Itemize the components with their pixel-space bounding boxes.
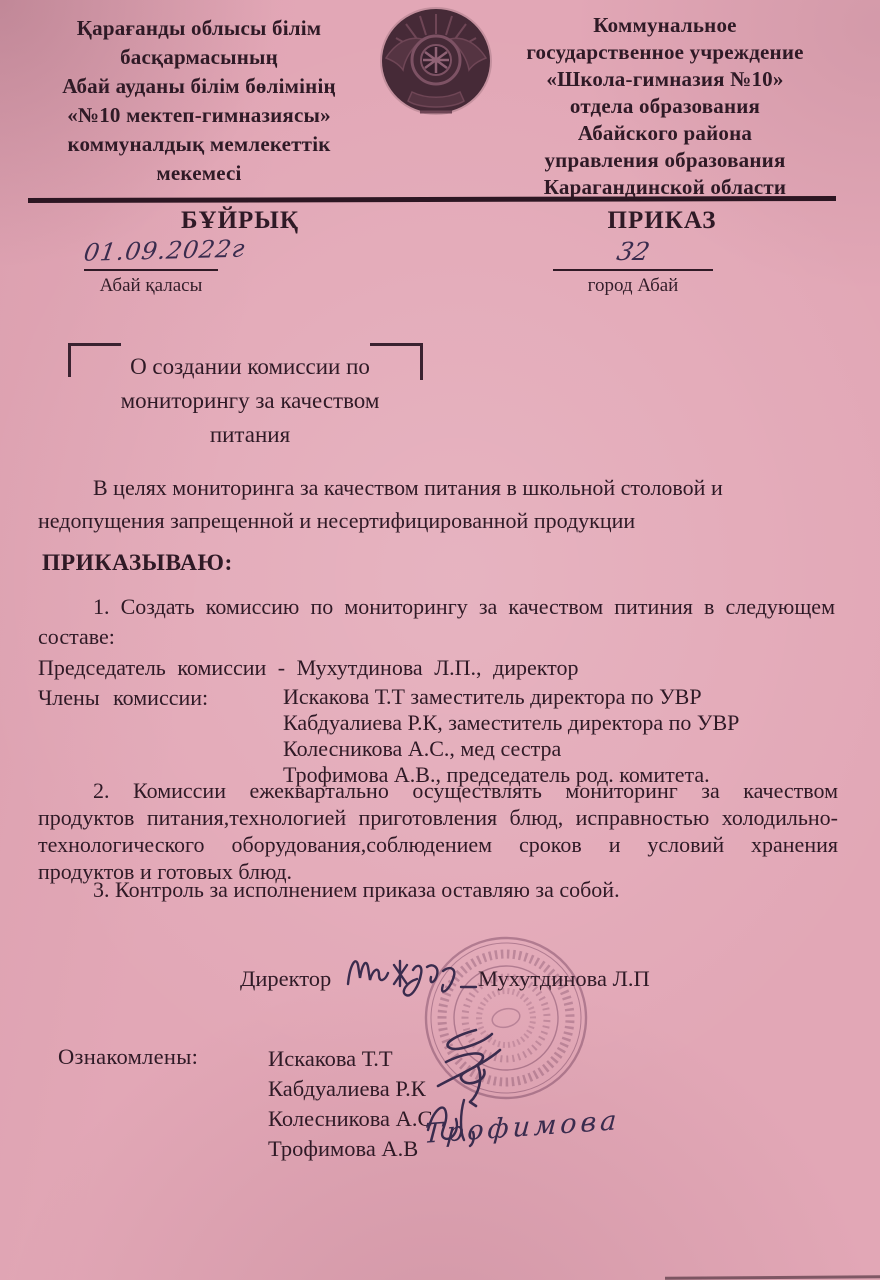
subject-line: О создании комиссии по bbox=[100, 350, 400, 384]
item1-line: 1. Создать комиссию по мониторингу за ка… bbox=[38, 592, 835, 622]
header-left-line: мекемесі bbox=[26, 159, 372, 188]
order-word-russian: ПРИКАЗ bbox=[552, 207, 772, 235]
acknowledged-label: Ознакомлены: bbox=[58, 1044, 198, 1070]
preamble-line: В целях мониторинга за качеством питания… bbox=[38, 471, 833, 504]
header-right-line: Коммунальное bbox=[466, 12, 864, 39]
order-date-block: 01.09.2022г Абай қаласы bbox=[84, 237, 218, 297]
member-entry: Искакова Т.Т заместитель директора по УВ… bbox=[283, 684, 843, 710]
header-right-line: отдела образования bbox=[466, 93, 864, 120]
director-signature bbox=[340, 934, 490, 1006]
handwritten-date: 01.09.2022г bbox=[81, 235, 220, 270]
members-list: Искакова Т.Т заместитель директора по УВ… bbox=[283, 684, 843, 788]
order-item-2: 2. Комиссии ежеквартально осуществлять м… bbox=[38, 777, 838, 885]
item2-line: технологического оборудования,соблюдение… bbox=[38, 831, 838, 858]
acknowledged-name: Трофимова А.В bbox=[268, 1134, 433, 1164]
header-divider-line bbox=[28, 196, 836, 203]
header-left-line: басқармасының bbox=[26, 43, 372, 72]
scanned-order-document: Қарағанды облысы білім басқармасының Аба… bbox=[0, 0, 880, 1280]
acknowledged-name: Колесникова А.С bbox=[268, 1104, 433, 1134]
header-left-line: «№10 мектеп-гимназиясы» bbox=[26, 101, 372, 130]
item2-line: продуктов питания,технологией приготовле… bbox=[38, 804, 838, 831]
place-kazakh: Абай қаласы bbox=[84, 271, 218, 297]
handwritten-order-number: 32 bbox=[550, 237, 717, 269]
place-russian: город Абай bbox=[553, 271, 713, 297]
order-item-3: 3. Контроль за исполнением приказа остав… bbox=[38, 876, 838, 903]
order-subject: О создании комиссии по мониторингу за ка… bbox=[100, 350, 400, 452]
header-left-line: Абай ауданы білім бөлімінің bbox=[26, 72, 372, 101]
header-right-line: государственное учреждение bbox=[466, 39, 864, 66]
acknowledged-name: Искакова Т.Т bbox=[268, 1044, 433, 1074]
subject-line: мониторингу за качеством bbox=[100, 384, 400, 418]
header-left-kazakh: Қарағанды облысы білім басқармасының Аба… bbox=[26, 14, 372, 188]
header-left-line: Қарағанды облысы білім bbox=[26, 14, 372, 43]
item1-line: составе: bbox=[38, 622, 835, 652]
member-entry: Колесникова А.С., мед сестра bbox=[283, 736, 843, 762]
chairman-line: Председатель комиссии - Мухутдинова Л.П.… bbox=[38, 654, 835, 681]
acknowledged-name: Кабдуалиева Р.К bbox=[268, 1074, 433, 1104]
item2-line: 2. Комиссии ежеквартально осуществлять м… bbox=[38, 777, 838, 804]
preamble-line: недопущения запрещенной и несертифициров… bbox=[38, 504, 833, 537]
header-right-line: Абайского района bbox=[466, 120, 864, 147]
order-item-1: 1. Создать комиссию по мониторингу за ка… bbox=[38, 592, 835, 652]
header-right-line: «Школа-гимназия №10» bbox=[466, 66, 864, 93]
subject-line: питания bbox=[100, 418, 400, 452]
order-number-block: 32 город Абай bbox=[553, 237, 713, 297]
resolution-word: ПРИКАЗЫВАЮ: bbox=[42, 550, 233, 577]
director-name: Мухутдинова Л.П bbox=[478, 966, 650, 992]
header-right-russian: Коммунальное государственное учреждение … bbox=[466, 12, 864, 201]
order-word-kazakh: БҰЙРЫҚ bbox=[130, 207, 350, 235]
members-label: Члены комиссии: bbox=[38, 684, 208, 711]
preamble-paragraph: В целях мониторинга за качеством питания… bbox=[38, 471, 833, 537]
director-label: Директор bbox=[240, 966, 331, 992]
header-right-line: управления образования bbox=[466, 147, 864, 174]
member-entry: Кабдуалиева Р.К, заместитель директора п… bbox=[283, 710, 843, 736]
acknowledged-names: Искакова Т.Т Кабдуалиева Р.К Колесникова… bbox=[268, 1044, 433, 1164]
header-left-line: коммуналдық мемлекеттік bbox=[26, 130, 372, 159]
photo-bottom-edge bbox=[665, 1275, 880, 1280]
